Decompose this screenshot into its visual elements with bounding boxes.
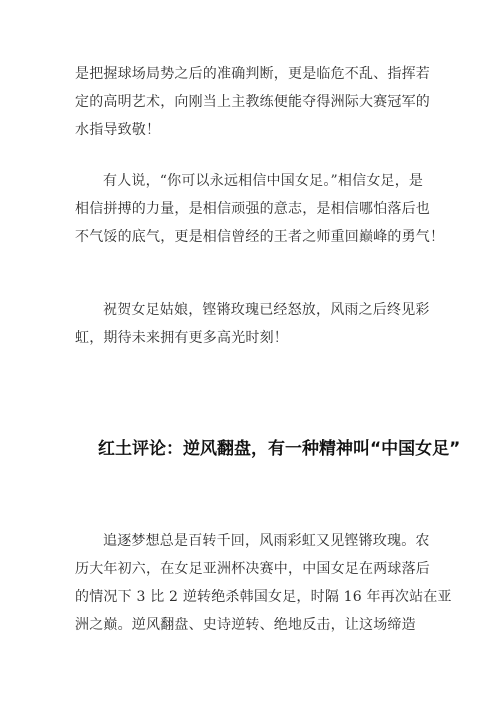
text-line: 有人说，“你可以永远相信中国女足。”相信女足，是 (75, 167, 432, 195)
paragraph-coach-praise: 是把握球场局势之后的准确判断，更是临危不乱、指挥若定的高明艺术，向刚当上主教练便… (75, 60, 432, 144)
document-page: 是把握球场局势之后的准确判断，更是临危不乱、指挥若定的高明艺术，向刚当上主教练便… (0, 0, 500, 708)
article-title: 红土评论：逆风翻盘，有一种精神叫“中国女足” (75, 437, 432, 461)
text-line: 历大年初六，在女足亚洲杯决赛中，中国女足在两球落后 (75, 555, 432, 583)
text-line: 洲之巅。逆风翻盘、史诗逆转、绝地反击，让这场缔造 (75, 611, 432, 639)
paragraph-comeback-victory: 追逐梦想总是百转千回，风雨彩虹又见铿锵玫瑰。农历大年初六，在女足亚洲杯决赛中，中… (75, 527, 432, 639)
paragraph-congratulations: 祝贺女足姑娘，铿锵玫瑰已经怒放，风雨之后终见彩虹，期待未来拥有更多高光时刻！ (75, 296, 432, 352)
text-line: 水指导致敬！ (75, 116, 432, 144)
text-line: 相信拼搏的力量，是相信顽强的意志，是相信哪怕落后也 (75, 195, 432, 223)
text-line: 不气馁的底气，更是相信曾经的王者之师重回巅峰的勇气！ (75, 223, 432, 251)
text-line: 是把握球场局势之后的准确判断，更是临危不乱、指挥若 (75, 60, 432, 88)
text-line: 定的高明艺术，向刚当上主教练便能夺得洲际大赛冠军的 (75, 88, 432, 116)
text-line: 虹，期待未来拥有更多高光时刻！ (75, 324, 432, 352)
text-line: 追逐梦想总是百转千回，风雨彩虹又见铿锵玫瑰。农 (75, 527, 432, 555)
paragraph-believe-women-football: 有人说，“你可以永远相信中国女足。”相信女足，是相信拼搏的力量，是相信顽强的意志… (75, 167, 432, 251)
text-line: 的情况下 3 比 2 逆转绝杀韩国女足，时隔 16 年再次站在亚 (75, 583, 432, 611)
text-line: 祝贺女足姑娘，铿锵玫瑰已经怒放，风雨之后终见彩 (75, 296, 432, 324)
